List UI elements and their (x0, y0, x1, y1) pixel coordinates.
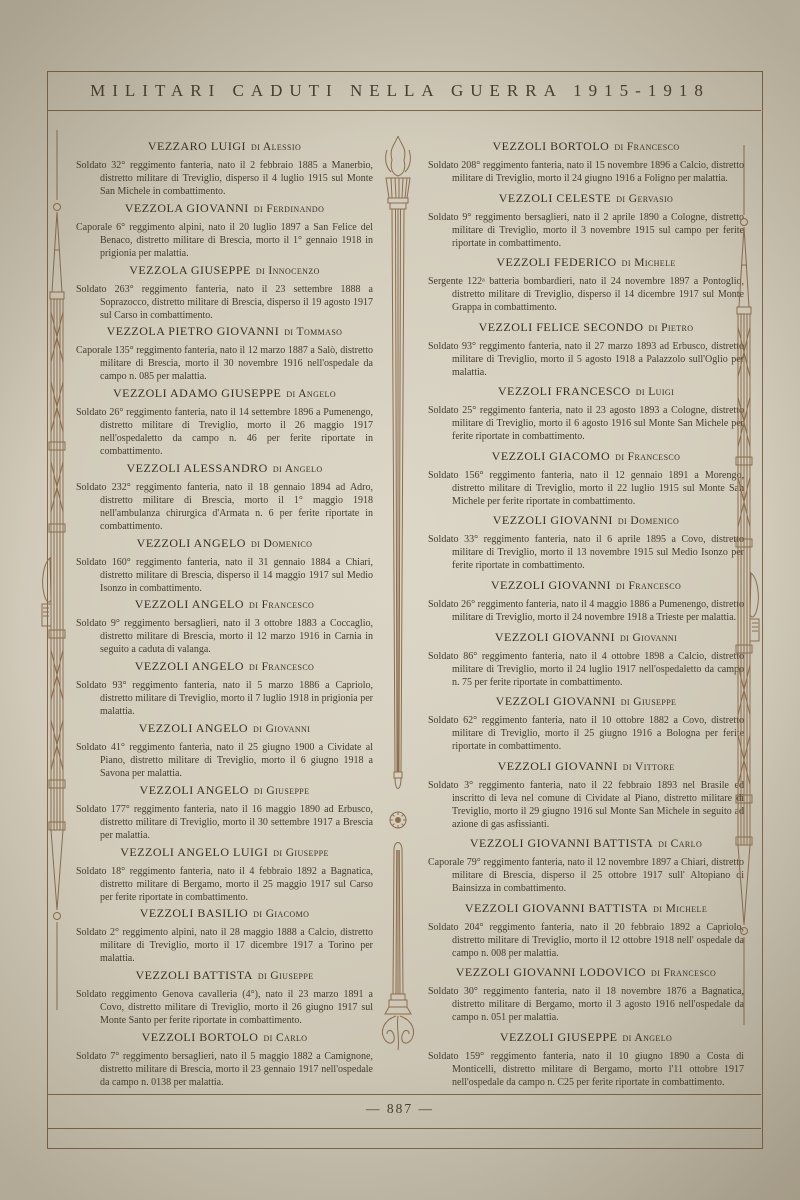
memorial-entry: VEZZOLI ANGELOdi Francesco Soldato 93° r… (76, 659, 373, 718)
entry-patronymic: di Francesco (616, 580, 681, 592)
memorial-entry: VEZZOLI ALESSANDROdi Angelo Soldato 232°… (76, 461, 373, 533)
entry-patronymic: di Carlo (263, 1032, 307, 1044)
memorial-column-left: VEZZARO LUIGIdi Alessio Soldato 32° regg… (76, 139, 373, 1089)
entry-heading: VEZZOLI ALESSANDROdi Angelo (76, 461, 373, 476)
entry-name: VEZZOLI GIUSEPPE (500, 1030, 618, 1044)
entry-name: VEZZARO LUIGI (148, 139, 246, 153)
memorial-entry: VEZZOLI GIOVANNIdi Giuseppe Soldato 62° … (428, 694, 744, 753)
torch-column-icon (376, 132, 420, 1062)
entry-name: VEZZOLI FEDERICO (496, 255, 616, 269)
entry-name: VEZZOLI ALESSANDRO (126, 461, 267, 475)
memorial-entry: VEZZOLI ANGELOdi Giovanni Soldato 41° re… (76, 721, 373, 780)
entry-name: VEZZOLI GIACOMO (492, 449, 610, 463)
memorial-entry: VEZZOLI GIOVANNI BATTISTAdi Michele Sold… (428, 901, 744, 960)
memorial-entry: VEZZOLA GIUSEPPEdi Innocenzo Soldato 263… (76, 263, 373, 322)
fasces-icon-right (728, 145, 760, 1025)
entry-heading: VEZZOLI BORTOLOdi Carlo (76, 1030, 373, 1045)
entry-body: Soldato 26° reggimento fanteria, nato il… (76, 406, 373, 458)
memorial-entry: VEZZOLI ANGELOdi Domenico Soldato 160° r… (76, 536, 373, 595)
entry-name: VEZZOLI FELICE SECONDO (479, 320, 644, 334)
memorial-entry: VEZZOLI BORTOLOdi Carlo Soldato 7° reggi… (76, 1030, 373, 1089)
entry-name: VEZZOLI ANGELO (139, 721, 248, 735)
entry-patronymic: di Francesco (615, 451, 680, 463)
entry-heading: VEZZOLI GIOVANNIdi Domenico (428, 513, 744, 528)
entry-heading: VEZZOLI GIOVANNIdi Giuseppe (428, 694, 744, 709)
memorial-column-right: VEZZOLI BORTOLOdi Francesco Soldato 208°… (428, 139, 744, 1089)
entry-name: VEZZOLI GIOVANNI BATTISTA (470, 836, 653, 850)
entry-heading: VEZZOLI GIOVANNIdi Vittore (428, 759, 744, 774)
entry-patronymic: di Francesco (614, 141, 679, 153)
entry-body: Soldato 18° reggimento fanteria, nato il… (76, 865, 373, 904)
memorial-entry: VEZZOLI FELICE SECONDOdi Pietro Soldato … (428, 320, 744, 379)
page-title: MILITARI CADUTI NELLA GUERRA 1915-1918 (0, 81, 800, 101)
entry-name: VEZZOLI GIOVANNI BATTISTA (465, 901, 648, 915)
entry-body: Soldato 93° reggimento fanteria, nato il… (428, 340, 744, 379)
memorial-entry: VEZZOLI GIOVANNI BATTISTAdi Carlo Capora… (428, 836, 744, 895)
entry-patronymic: di Ferdinando (254, 203, 324, 215)
entry-name: VEZZOLI ANGELO (140, 783, 249, 797)
entry-name: VEZZOLA GIOVANNI (125, 201, 249, 215)
entry-body: Caporale 79° reggimento fanteria, nato i… (428, 856, 744, 895)
page-number: — 887 — (0, 1101, 800, 1117)
header-rule (48, 110, 761, 111)
entry-name: VEZZOLI BATTISTA (136, 968, 253, 982)
entry-heading: VEZZOLI GIOVANNIdi Giovanni (428, 630, 744, 645)
entry-name: VEZZOLI ANGELO (135, 659, 244, 673)
entry-body: Soldato 177° reggimento fanteria, nato i… (76, 803, 373, 842)
entry-body: Soldato 9° reggimento bersaglieri, nato … (428, 211, 744, 250)
entry-body: Soldato 263° reggimento fanteria, nato i… (76, 283, 373, 322)
entry-heading: VEZZOLI BASILIOdi Giacomo (76, 906, 373, 921)
entry-patronymic: di Domenico (251, 538, 312, 550)
memorial-entry: VEZZARO LUIGIdi Alessio Soldato 32° regg… (76, 139, 373, 198)
memorial-entry: VEZZOLI GIOVANNIdi Giovanni Soldato 86° … (428, 630, 744, 689)
memorial-entry: VEZZOLI ANGELO LUIGIdi Giuseppe Soldato … (76, 845, 373, 904)
entry-heading: VEZZOLI GIUSEPPEdi Angelo (428, 1030, 744, 1045)
entry-heading: VEZZOLI ANGELOdi Giovanni (76, 721, 373, 736)
entry-patronymic: di Francesco (249, 599, 314, 611)
entry-name: VEZZOLI ANGELO LUIGI (120, 845, 268, 859)
entry-body: Soldato 86° reggimento fanteria, nato il… (428, 650, 744, 689)
entry-name: VEZZOLI BORTOLO (142, 1030, 259, 1044)
entry-heading: VEZZOLI BORTOLOdi Francesco (428, 139, 744, 154)
entry-heading: VEZZARO LUIGIdi Alessio (76, 139, 373, 154)
memorial-entry: VEZZOLI GIOVANNIdi Vittore Soldato 3° re… (428, 759, 744, 831)
entry-body: Soldato 41° reggimento fanteria, nato il… (76, 741, 373, 780)
entry-body: Soldato 160° reggimento fanteria, nato i… (76, 556, 373, 595)
entry-body: Soldato 25° reggimento fanteria, nato il… (428, 404, 744, 443)
entry-body: Soldato 159° reggimento fanteria, nato i… (428, 1050, 744, 1089)
memorial-entry: VEZZOLI ADAMO GIUSEPPEdi Angelo Soldato … (76, 386, 373, 458)
entry-heading: VEZZOLI GIOVANNI LODOVICOdi Francesco (428, 965, 744, 980)
entry-heading: VEZZOLI GIOVANNI BATTISTAdi Michele (428, 901, 744, 916)
memorial-entry: VEZZOLI GIACOMOdi Francesco Soldato 156°… (428, 449, 744, 508)
entry-patronymic: di Alessio (251, 141, 301, 153)
memorial-entry: VEZZOLI BATTISTAdi Giuseppe Soldato regg… (76, 968, 373, 1027)
entry-body: Soldato 33° reggimento fanteria, nato il… (428, 533, 744, 572)
entry-patronymic: di Vittore (623, 761, 675, 773)
entry-name: VEZZOLI BASILIO (140, 906, 248, 920)
fasces-icon-left (41, 130, 73, 1010)
entry-patronymic: di Luigi (636, 386, 674, 398)
entry-body: Soldato 208° reggimento fanteria, nato i… (428, 159, 744, 185)
entry-name: VEZZOLI GIOVANNI (498, 759, 618, 773)
entry-patronymic: di Domenico (618, 515, 679, 527)
entry-patronymic: di Giuseppe (621, 696, 677, 708)
entry-body: Caporale 135° reggimento fanteria, nato … (76, 344, 373, 383)
entry-body: Soldato 9° reggimento bersaglieri, nato … (76, 617, 373, 656)
entry-name: VEZZOLI ADAMO GIUSEPPE (113, 386, 281, 400)
entry-heading: VEZZOLI BATTISTAdi Giuseppe (76, 968, 373, 983)
entry-body: Soldato 2° reggimento alpini, nato il 28… (76, 926, 373, 965)
entry-patronymic: di Gervasio (616, 193, 673, 205)
entry-heading: VEZZOLI ANGELOdi Giuseppe (76, 783, 373, 798)
entry-patronymic: di Pietro (649, 322, 694, 334)
entry-name: VEZZOLI GIOVANNI (491, 578, 611, 592)
entry-heading: VEZZOLI FRANCESCOdi Luigi (428, 384, 744, 399)
entry-name: VEZZOLI CELESTE (499, 191, 611, 205)
entry-body: Soldato 26° reggimento fanteria, nato il… (428, 598, 744, 624)
entry-patronymic: di Michele (653, 903, 707, 915)
entry-patronymic: di Giacomo (253, 908, 309, 920)
entry-heading: VEZZOLI GIOVANNI BATTISTAdi Carlo (428, 836, 744, 851)
entry-patronymic: di Angelo (286, 388, 336, 400)
memorial-entry: VEZZOLI CELESTEdi Gervasio Soldato 9° re… (428, 191, 744, 250)
entry-body: Soldato 62° reggimento fanteria, nato il… (428, 714, 744, 753)
entry-body: Soldato 156° reggimento fanteria, nato i… (428, 469, 744, 508)
entry-name: VEZZOLI BORTOLO (492, 139, 609, 153)
entry-patronymic: di Giuseppe (258, 970, 314, 982)
entry-patronymic: di Giovanni (620, 632, 677, 644)
entry-body: Soldato 204° reggimento fanteria, nato i… (428, 921, 744, 960)
entry-heading: VEZZOLI ANGELOdi Francesco (76, 659, 373, 674)
entry-patronymic: di Angelo (273, 463, 323, 475)
entry-body: Soldato 32° reggimento fanteria, nato il… (76, 159, 373, 198)
memorial-entry: VEZZOLA GIOVANNIdi Ferdinando Caporale 6… (76, 201, 373, 260)
entry-body: Soldato 30° reggimento fanteria, nato il… (428, 985, 744, 1024)
entry-name: VEZZOLI GIOVANNI (496, 694, 616, 708)
entry-name: VEZZOLI FRANCESCO (498, 384, 631, 398)
entry-heading: VEZZOLI FEDERICOdi Michele (428, 255, 744, 270)
entry-body: Soldato 3° reggimento fanteria, nato il … (428, 779, 744, 831)
entry-patronymic: di Giuseppe (254, 785, 310, 797)
entry-heading: VEZZOLI GIACOMOdi Francesco (428, 449, 744, 464)
entry-body: Sergente 122ᵃ batteria bombardieri, nato… (428, 275, 744, 314)
entry-patronymic: di Giovanni (253, 723, 310, 735)
entry-name: VEZZOLI ANGELO (137, 536, 246, 550)
memorial-entry: VEZZOLI BASILIOdi Giacomo Soldato 2° reg… (76, 906, 373, 965)
memorial-entry: VEZZOLI GIUSEPPEdi Angelo Soldato 159° r… (428, 1030, 744, 1089)
entry-name: VEZZOLA PIETRO GIOVANNI (107, 324, 280, 338)
entry-name: VEZZOLI GIOVANNI LODOVICO (456, 965, 646, 979)
entry-patronymic: di Carlo (658, 838, 702, 850)
entry-patronymic: di Francesco (651, 967, 716, 979)
entry-heading: VEZZOLA PIETRO GIOVANNIdi Tommaso (76, 324, 373, 339)
memorial-entry: VEZZOLI GIOVANNIdi Domenico Soldato 33° … (428, 513, 744, 572)
memorial-entry: VEZZOLI GIOVANNI LODOVICOdi Francesco So… (428, 965, 744, 1024)
memorial-entry: VEZZOLI FRANCESCOdi Luigi Soldato 25° re… (428, 384, 744, 443)
entry-patronymic: di Michele (622, 257, 676, 269)
entry-heading: VEZZOLA GIUSEPPEdi Innocenzo (76, 263, 373, 278)
entry-name: VEZZOLI ANGELO (135, 597, 244, 611)
memorial-entry: VEZZOLA PIETRO GIOVANNIdi Tommaso Capora… (76, 324, 373, 383)
entry-heading: VEZZOLI ANGELO LUIGIdi Giuseppe (76, 845, 373, 860)
entry-name: VEZZOLI GIOVANNI (495, 630, 615, 644)
entry-body: Soldato reggimento Genova cavalleria (4°… (76, 988, 373, 1027)
memorial-entry: VEZZOLI BORTOLOdi Francesco Soldato 208°… (428, 139, 744, 185)
entry-body: Caporale 6° reggimento alpini, nato il 2… (76, 221, 373, 260)
entry-name: VEZZOLI GIOVANNI (493, 513, 613, 527)
entry-heading: VEZZOLI CELESTEdi Gervasio (428, 191, 744, 206)
entry-heading: VEZZOLI GIOVANNIdi Francesco (428, 578, 744, 593)
entry-heading: VEZZOLI ANGELOdi Domenico (76, 536, 373, 551)
entry-patronymic: di Francesco (249, 661, 314, 673)
entry-body: Soldato 232° reggimento fanteria, nato i… (76, 481, 373, 533)
memorial-entry: VEZZOLI ANGELOdi Giuseppe Soldato 177° r… (76, 783, 373, 842)
entry-heading: VEZZOLI FELICE SECONDOdi Pietro (428, 320, 744, 335)
entry-heading: VEZZOLA GIOVANNIdi Ferdinando (76, 201, 373, 216)
entry-patronymic: di Tommaso (284, 326, 342, 338)
entry-name: VEZZOLA GIUSEPPE (129, 263, 251, 277)
memorial-entry: VEZZOLI GIOVANNIdi Francesco Soldato 26°… (428, 578, 744, 624)
memorial-entry: VEZZOLI ANGELOdi Francesco Soldato 9° re… (76, 597, 373, 656)
entry-body: Soldato 93° reggimento fanteria, nato il… (76, 679, 373, 718)
memorial-entry: VEZZOLI FEDERICOdi Michele Sergente 122ᵃ… (428, 255, 744, 314)
entry-patronymic: di Angelo (622, 1032, 672, 1044)
entry-heading: VEZZOLI ADAMO GIUSEPPEdi Angelo (76, 386, 373, 401)
entry-heading: VEZZOLI ANGELOdi Francesco (76, 597, 373, 612)
entry-patronymic: di Innocenzo (256, 265, 320, 277)
entry-body: Soldato 7° reggimento bersaglieri, nato … (76, 1050, 373, 1089)
footer-rule-top (48, 1094, 761, 1095)
footer-rule-bottom (48, 1128, 761, 1129)
entry-patronymic: di Giuseppe (273, 847, 329, 859)
